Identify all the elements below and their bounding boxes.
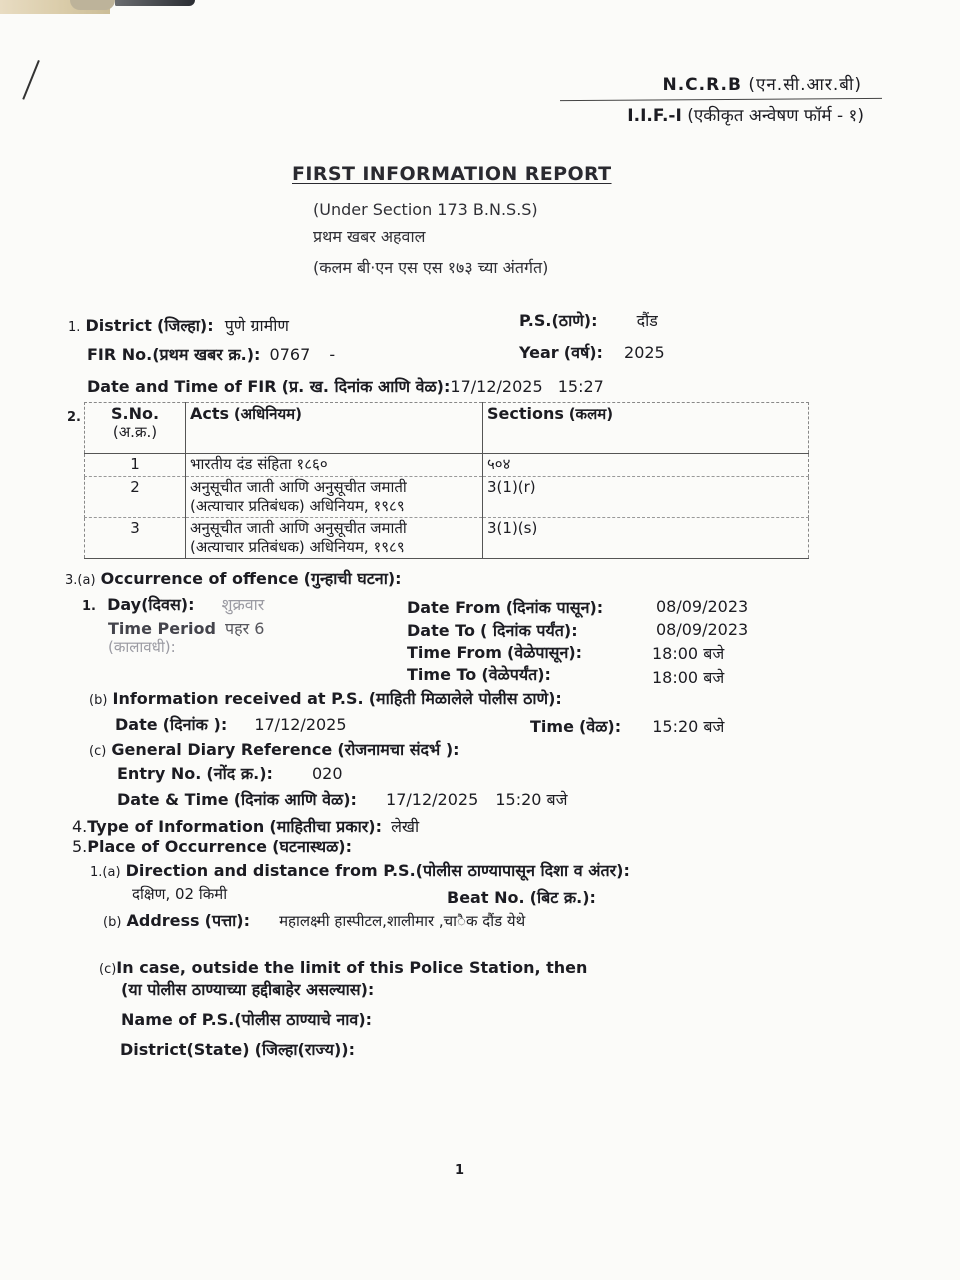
info-date-row: Date (दिनांक ): 17/12/2025 [115, 713, 347, 735]
info-received-label-marathi: (माहिती मिळालेले पोलीस ठाणे): [369, 689, 562, 708]
act-name: अनुसूचीत जाती आणि अनुसूचीत जमाती [190, 478, 478, 497]
direction-label: Direction and distance from P.S. [126, 861, 416, 880]
address-row: (b) Address (पत्ता): महालक्ष्मी हास्पीटल… [103, 909, 525, 931]
police-station-row: P.S.(ठाणे): दौंड [519, 309, 658, 331]
form-code-marathi: (एकीकृत अन्वेषण फॉर्म - १) [687, 106, 864, 126]
marathi-title: प्रथम खबर अहवाल [313, 225, 425, 247]
outside-limit-label: In case, outside the limit of this Polic… [116, 958, 587, 977]
acts-sections-table: S.No. (अ.क्र.) Acts (अधिनियम) Sections (… [84, 402, 809, 559]
document-title: FIRST INFORMATION REPORT [292, 163, 612, 185]
date-to-label: Date To [407, 621, 475, 640]
date-to-label-marathi: ( दिनांक पर्यंत): [480, 621, 578, 640]
row-act: अनुसूचीत जाती आणि अनुसूचीत जमाती (अत्याच… [186, 518, 483, 559]
item-number: 5. [72, 837, 87, 856]
page-number: 1 [455, 1163, 464, 1178]
sno-header-label: S.No. [89, 404, 181, 423]
ncrb-label: N.C.R.B [662, 75, 741, 95]
district-row: 1. District (जिल्हा): पुणे ग्रामीण [68, 314, 289, 336]
district-label: District [86, 316, 152, 335]
act-name-cont: (अत्याचार प्रतिबंधक) अधिनियम, १९८९ [190, 538, 478, 557]
info-time-label-marathi: (वेळ): [579, 717, 621, 736]
fir-label-marathi: (प्रथम खबर क्र.): [152, 345, 260, 364]
direction-value: दक्षिण, 02 किमी [132, 884, 227, 904]
acts-header-label: Acts [190, 404, 229, 423]
date-from-label-marathi: (दिनांक पासून): [506, 598, 603, 617]
district-value: पुणे ग्रामीण [225, 316, 289, 335]
row-section: 3(1)(r) [483, 477, 809, 518]
info-type-value: लेखी [391, 817, 419, 836]
date-from-value: 08/09/2023 [656, 597, 748, 616]
district-label-marathi: (जिल्हा): [157, 316, 214, 335]
other-ps-name-label: Name of P.S. [121, 1010, 234, 1029]
ncrb-label-marathi: (एन.सी.आर.बी) [748, 75, 862, 95]
info-date-label: Date [115, 715, 158, 734]
sections-header-label-marathi: (कलम) [569, 405, 613, 423]
direction-distance-heading: 1.(a) Direction and distance from P.S.(प… [90, 859, 630, 881]
info-type-label-marathi: (माहितीचा प्रकार): [269, 817, 382, 836]
table-row: 2 अनुसूचीत जाती आणि अनुसूचीत जमाती (अत्य… [85, 477, 809, 518]
time-to-label-marathi: (वेळेपर्यंत): [481, 665, 551, 684]
sub-item-label: (a) [77, 573, 95, 588]
day-label: Day [107, 595, 141, 614]
time-from-row: Time From (वेळेपासून): [407, 641, 582, 663]
info-time-row: Time (वेळ): 15:20 बजे [530, 715, 724, 737]
sub-item-label: (c) [99, 962, 116, 977]
acts-header-label-marathi: (अधिनियम) [234, 405, 302, 423]
ps-label-marathi: (ठाणे): [551, 311, 597, 330]
day-row: 1. Day(दिवस): शुक्रवार [82, 593, 264, 615]
entry-row: Entry No. (नोंद क्र.): 020 [117, 762, 343, 784]
gd-datetime-label-marathi: (दिनांक आणि वेळ): [234, 790, 357, 809]
fir-datetime-label: Date and Time of FIR [87, 377, 277, 396]
time-to-label: Time To [407, 665, 476, 684]
other-ps-name-row: Name of P.S.(पोलीस ठाण्याचे नाव): [121, 1008, 372, 1030]
photo-edge-shadow [115, 0, 195, 6]
info-type-row: 4.Type of Information (माहितीचा प्रकार):… [72, 815, 419, 837]
beat-label-marathi: (बिट क्र.): [530, 888, 596, 907]
fir-datetime-label-marathi: (प्र. ख. दिनांक आणि वेळ): [282, 377, 451, 396]
item-number: 3. [65, 573, 77, 588]
other-district-state-row: District(State) (जिल्हा(राज्य)): [120, 1038, 355, 1060]
row-sno: 3 [85, 518, 186, 559]
ps-label: P.S. [519, 311, 551, 330]
time-period-row: Time Period पहर 6 [108, 617, 264, 639]
time-to-row: Time To (वेळेपर्यंत): [407, 663, 551, 685]
info-date-label-marathi: (दिनांक ): [163, 715, 228, 734]
year-label-marathi: (वर्ष): [564, 343, 603, 362]
date-from-label: Date From [407, 598, 501, 617]
form-code: I.I.F.-I [627, 106, 682, 126]
address-label-marathi: (पत्ता): [205, 911, 250, 930]
fir-date-value: 17/12/2025 [450, 377, 542, 396]
act-name-cont: (अत्याचार प्रतिबंधक) अधिनियम, १९८९ [190, 497, 478, 516]
beat-label: Beat No. [447, 888, 525, 907]
beat-number-row: Beat No. (बिट क्र.): [447, 886, 596, 908]
info-date-value: 17/12/2025 [254, 715, 346, 734]
info-received-label: Information received at P.S. [113, 689, 364, 708]
item-number: 4. [72, 817, 87, 836]
time-period-value: पहर 6 [225, 619, 264, 638]
table-header-row: S.No. (अ.क्र.) Acts (अधिनियम) Sections (… [85, 403, 809, 454]
acts-column-header: Acts (अधिनियम) [186, 403, 483, 454]
day-value: शुक्रवार [222, 595, 265, 614]
info-time-label: Time [530, 717, 574, 736]
ps-value: दौंड [637, 311, 658, 330]
info-received-heading: (b) Information received at P.S. (माहिती… [89, 687, 562, 709]
row-section: 3(1)(s) [483, 518, 809, 559]
year-row: Year (वर्ष): 2025 [519, 341, 665, 363]
fir-number-row: FIR No.(प्रथम खबर क्र.): 0767 - [87, 343, 335, 365]
place-of-occurrence-heading: 5.Place of Occurrence (घटनास्थळ): [72, 835, 352, 857]
place-label: Place of Occurrence [87, 837, 267, 856]
table-row: 1 भारतीय दंड संहिता १८६० ५०४ [85, 454, 809, 477]
item-number: 1. [68, 320, 80, 335]
general-diary-heading: (c) General Diary Reference (रोजनामचा सं… [89, 738, 460, 760]
day-label-marathi: (दिवस): [141, 595, 194, 614]
place-label-marathi: (घटनास्थळ): [272, 837, 352, 856]
date-to-row: Date To ( दिनांक पर्यंत): [407, 619, 578, 641]
district-state-label-marathi: (जिल्हा(राज्य)): [255, 1040, 355, 1059]
table-row: 3 अनुसूचीत जाती आणि अनुसूचीत जमाती (अत्य… [85, 518, 809, 559]
info-time-value: 15:20 बजे [652, 717, 724, 736]
time-period-label: Time Period [108, 619, 216, 638]
fir-time-value: 15:27 [558, 377, 604, 396]
entry-label-marathi: (नोंद क्र.): [206, 764, 272, 783]
sub-item-number: 1. [82, 599, 96, 614]
address-label: Address [127, 911, 200, 930]
direction-label-marathi: (पोलीस ठाण्यापासून दिशा व अंतर): [416, 861, 630, 880]
marathi-section-text: (कलम बी·एन एस एस १७३ च्या अंतर्गत) [313, 256, 548, 278]
year-value: 2025 [624, 343, 665, 362]
gd-label-marathi: (रोजनामचा संदर्भ ): [337, 740, 459, 759]
pen-stroke-mark [22, 60, 40, 100]
sections-column-header: Sections (कलम) [483, 403, 809, 454]
district-state-label: District(State) [120, 1040, 250, 1059]
gd-time-value: 15:20 बजे [495, 790, 567, 809]
under-section-text: (Under Section 173 B.N.S.S) [313, 200, 538, 219]
sub-item-label: (b) [103, 915, 121, 930]
time-period-label-marathi: (कालावधी): [108, 637, 176, 657]
act-name: भारतीय दंड संहिता १८६० [190, 455, 478, 474]
sub-item-label: (b) [89, 693, 107, 708]
outside-limit-marathi-text: (या पोलीस ठाण्याच्या हद्दीबाहेर असल्यास)… [121, 980, 374, 999]
row-section: ५०४ [483, 454, 809, 477]
row-act: अनुसूचीत जाती आणि अनुसूचीत जमाती (अत्याच… [186, 477, 483, 518]
fir-datetime-row: Date and Time of FIR (प्र. ख. दिनांक आणि… [87, 375, 604, 397]
sections-header-label: Sections [487, 404, 564, 423]
fir-label: FIR No. [87, 345, 152, 364]
time-from-label-marathi: (वेळेपासून): [507, 643, 582, 662]
row-act: भारतीय दंड संहिता १८६० [186, 454, 483, 477]
occurrence-heading: 3.(a) Occurrence of offence (गुन्हाची घट… [65, 567, 402, 589]
outside-limit-label-marathi: (या पोलीस ठाण्याच्या हद्दीबाहेर असल्यास)… [121, 978, 374, 1000]
gd-datetime-label: Date & Time [117, 790, 229, 809]
occurrence-label: Occurrence of offence [101, 569, 299, 588]
gd-datetime-row: Date & Time (दिनांक आणि वेळ): 17/12/2025… [117, 788, 568, 810]
photo-edge-object [70, 0, 115, 10]
sub-item-label: 1.(a) [90, 865, 121, 880]
gd-date-value: 17/12/2025 [386, 790, 478, 809]
date-to-value: 08/09/2023 [656, 620, 748, 639]
sno-column-header: S.No. (अ.क्र.) [85, 403, 186, 454]
time-from-value: 18:00 बजे [652, 642, 724, 664]
address-value: महालक्ष्मी हास्पीटल,शालीमार ,चा◌ैक दौंड … [279, 912, 525, 930]
outside-limit-heading: (c)In case, outside the limit of this Po… [99, 958, 587, 977]
item-number: 2. [67, 410, 81, 425]
entry-label: Entry No. [117, 764, 201, 783]
time-from-label: Time From [407, 643, 502, 662]
sno-header-label-marathi: (अ.क्र.) [89, 423, 181, 442]
sub-item-label: (c) [89, 744, 106, 759]
header-divider [560, 98, 882, 101]
date-from-row: Date From (दिनांक पासून): [407, 596, 603, 618]
info-type-label: Type of Information [87, 817, 264, 836]
fir-value: 0767 [270, 345, 311, 364]
occurrence-label-marathi: (गुन्हाची घटना): [304, 569, 402, 588]
gd-label: General Diary Reference [111, 740, 332, 759]
row-sno: 2 [85, 477, 186, 518]
entry-value: 020 [312, 764, 343, 783]
act-name: अनुसूचीत जाती आणि अनुसूचीत जमाती [190, 519, 478, 538]
time-to-value: 18:00 बजे [652, 666, 724, 688]
row-sno: 1 [85, 454, 186, 477]
other-ps-name-label-marathi: (पोलीस ठाण्याचे नाव): [234, 1010, 372, 1029]
form-code-header: I.I.F.-I (एकीकृत अन्वेषण फॉर्म - १) [627, 103, 864, 126]
ncrb-header: N.C.R.B (एन.सी.आर.बी) [662, 72, 862, 95]
year-label: Year [519, 343, 559, 362]
